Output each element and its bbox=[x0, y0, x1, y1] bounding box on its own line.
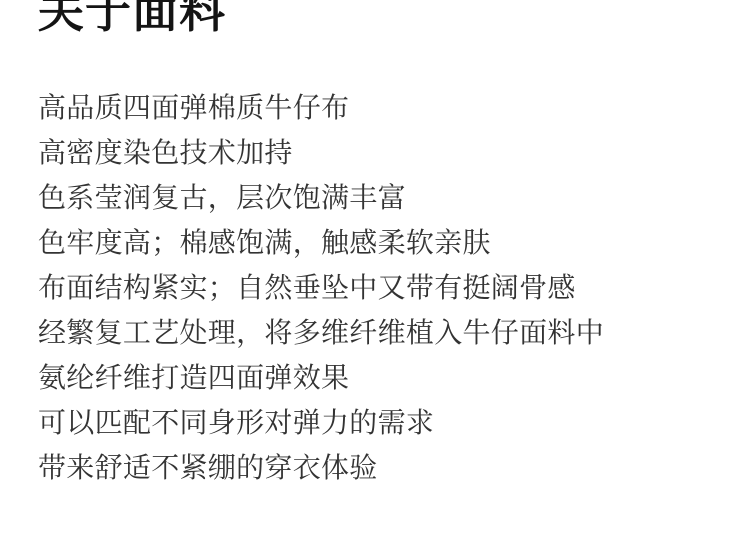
fabric-description-line: 高密度染色技术加持 bbox=[38, 130, 604, 175]
page-title: 关于面料 bbox=[38, 0, 226, 35]
fabric-description-line: 高品质四面弹棉质牛仔布 bbox=[38, 85, 604, 130]
fabric-description-line: 色系莹润复古，层次饱满丰富 bbox=[38, 175, 604, 220]
fabric-info-page: 关于面料 高品质四面弹棉质牛仔布 高密度染色技术加持 色系莹润复古，层次饱满丰富… bbox=[0, 0, 750, 544]
fabric-description-line: 布面结构紧实；自然垂坠中又带有挺阔骨感 bbox=[38, 265, 604, 310]
fabric-description-line: 经繁复工艺处理，将多维纤维植入牛仔面料中 bbox=[38, 310, 604, 355]
fabric-description-line: 带来舒适不紧绷的穿衣体验 bbox=[38, 445, 604, 490]
fabric-description: 高品质四面弹棉质牛仔布 高密度染色技术加持 色系莹润复古，层次饱满丰富 色牢度高… bbox=[38, 85, 604, 490]
fabric-description-line: 可以匹配不同身形对弹力的需求 bbox=[38, 400, 604, 445]
fabric-description-line: 色牢度高；棉感饱满，触感柔软亲肤 bbox=[38, 220, 604, 265]
fabric-description-line: 氨纶纤维打造四面弹效果 bbox=[38, 355, 604, 400]
